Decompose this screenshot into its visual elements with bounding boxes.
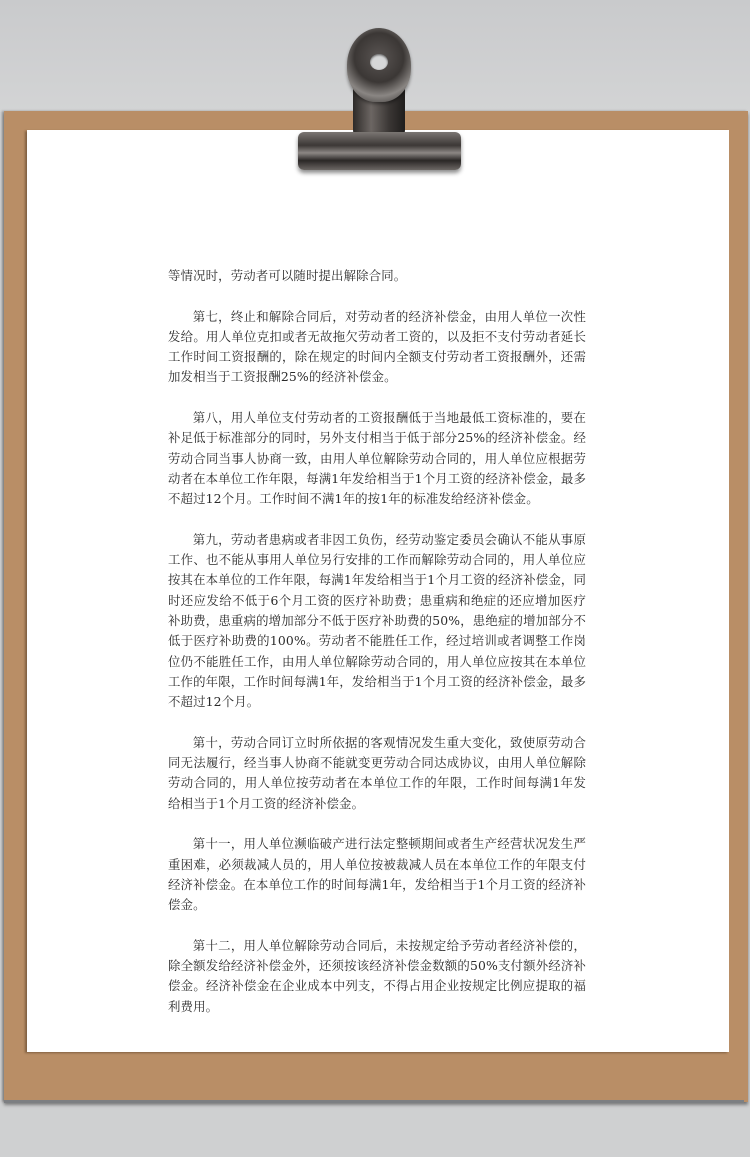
clipboard-board-edge (4, 1100, 744, 1103)
paragraph-article-11: 第十一，用人单位濒临破产进行法定整顿期间或者生产经营状况发生严重困难，必须裁减人… (168, 834, 586, 915)
paragraph-continuation: 等情况时，劳动者可以随时提出解除合同。 (168, 266, 586, 286)
clip-hole (370, 54, 388, 70)
paragraph-article-10: 第十，劳动合同订立时所依据的客观情况发生重大变化，致使原劳动合同无法履行，经当事… (168, 733, 586, 814)
paragraph-article-12: 第十二，用人单位解除劳动合同后，未按规定给予劳动者经济补偿的，除全额发给经济补偿… (168, 936, 586, 1017)
paragraph-article-8: 第八，用人单位支付劳动者的工资报酬低于当地最低工资标准的，要在补足低于标准部分的… (168, 408, 586, 509)
document-body: 等情况时，劳动者可以随时提出解除合同。 第七，终止和解除合同后，对劳动者的经济补… (168, 266, 586, 1037)
paragraph-article-7: 第七，终止和解除合同后，对劳动者的经济补偿金，由用人单位一次性发给。用人单位克扣… (168, 307, 586, 388)
binder-clip-icon (295, 22, 465, 172)
paragraph-article-9: 第九，劳动者患病或者非因工负伤，经劳动鉴定委员会确认不能从事原工作、也不能从事用… (168, 530, 586, 713)
clip-bar (298, 132, 461, 170)
clip-ring (347, 28, 411, 102)
